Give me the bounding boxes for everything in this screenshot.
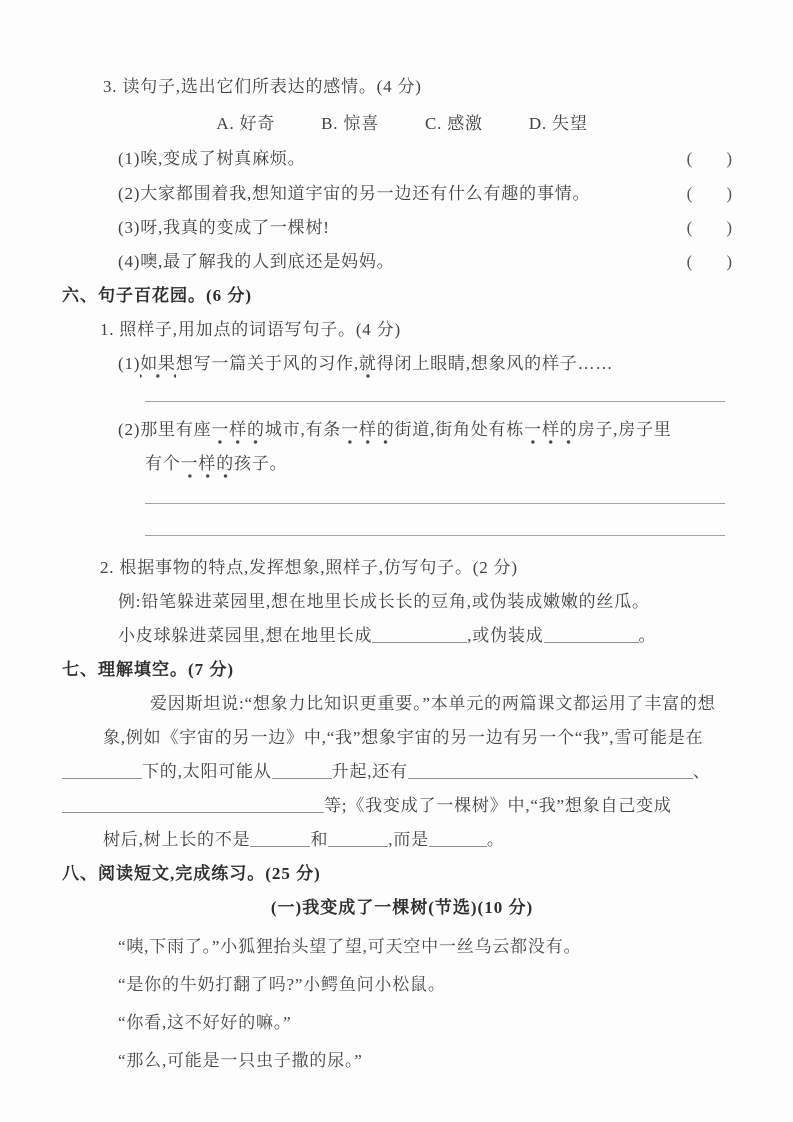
answer-brackets: ( ) <box>687 142 732 176</box>
text-segment: 等;《我变成了一棵树》中,“我”想象自己变成 <box>324 796 672 815</box>
text-segment: 小皮球躲进菜园里,想在地里长成 <box>118 626 372 645</box>
section-8-header: 八、阅读短文,完成练习。(25 分) <box>62 857 742 891</box>
section-6-q1-sentence-1: (1)如果想写一篇关于风的习作,就得闭上眼睛,想象风的样子…… <box>118 347 742 381</box>
text-segment: (2)那里有座 <box>118 420 211 439</box>
section-6-q1-sentence-2-line-2: 有个一样的孩子。 <box>145 447 742 481</box>
option-a: A. 好奇 <box>216 107 275 141</box>
text-segment: 、 <box>693 762 711 781</box>
text-segment: 房子,房子里 <box>578 420 672 439</box>
text-segment: 想写一篇关于风的习作, <box>176 354 359 373</box>
section-6-q2-example: 例:铅笔躲进菜园里,想在地里长成长长的豆角,或伪装成嫩嫩的丝瓜。 <box>118 585 742 619</box>
dotted-word: 一样的 <box>211 420 264 445</box>
passage-line-4: “那么,可能是一只虫子撒的尿。” <box>118 1042 742 1080</box>
section-7-paragraph-line-2: 象,例如《宇宙的另一边》中,“我”想象宇宙的另一边有另一个“我”,雪可能是在 <box>103 721 742 755</box>
question-3-item-3: (3)呀,我真的变成了一棵树! ( ) <box>62 211 742 245</box>
text-segment: 城市,有条 <box>265 420 341 439</box>
text-segment: 孩子。 <box>234 454 287 473</box>
text-segment: 升起,还有 <box>332 762 408 781</box>
option-b: B. 惊喜 <box>321 107 379 141</box>
dotted-word: 如果 <box>140 354 176 379</box>
fill-blank <box>544 626 639 643</box>
section-6-q2-title: 2. 根据事物的特点,发挥想象,照样子,仿写句子。(2 分) <box>100 551 742 585</box>
answer-line <box>145 481 725 504</box>
text-segment: ,而是 <box>388 830 429 849</box>
answer-brackets: ( ) <box>687 211 732 245</box>
section-6-q1-sentence-2-line-1: (2)那里有座一样的城市,有条一样的街道,街角处有栋一样的房子,房子里 <box>118 413 742 447</box>
dotted-word: 一样的 <box>341 420 394 445</box>
section-6-q1-title: 1. 照样子,用加点的词语写句子。(4 分) <box>100 313 742 347</box>
item-text: (4)噢,最了解我的人到底还是妈妈。 <box>118 245 394 279</box>
question-3-item-2: (2)大家都围着我,想知道宇宙的另一边还有什么有趣的事情。 ( ) <box>62 177 742 211</box>
answer-brackets: ( ) <box>687 177 732 211</box>
fill-blank <box>62 762 142 779</box>
passage-line-2: “是你的牛奶打翻了吗?”小鳄鱼问小松鼠。 <box>118 966 742 1004</box>
passage-line-1: “咦,下雨了。”小狐狸抬头望了望,可天空中一丝乌云都没有。 <box>118 928 742 966</box>
text-segment: 下的,太阳可能从 <box>142 762 272 781</box>
question-3-item-4: (4)噢,最了解我的人到底还是妈妈。 ( ) <box>62 245 742 279</box>
option-d: D. 失望 <box>529 107 588 141</box>
text-segment: 。 <box>487 830 505 849</box>
section-7-paragraph-line-1: 爱因斯坦说:“想象力比知识更重要。”本单元的两篇课文都运用了丰富的想 <box>150 687 742 721</box>
fill-blank <box>272 762 332 779</box>
item-text: (2)大家都围着我,想知道宇宙的另一边还有什么有趣的事情。 <box>118 177 590 211</box>
text-segment: 有个 <box>145 454 181 473</box>
text-segment: 和 <box>310 830 328 849</box>
section-6-q2-fill-line: 小皮球躲进菜园里,想在地里长成,或伪装成。 <box>118 619 742 653</box>
fill-blank <box>328 830 388 847</box>
text-segment: 得闭上眼睛,想象风的样子…… <box>377 354 613 373</box>
fill-blank <box>372 626 467 643</box>
item-text: (3)呀,我真的变成了一棵树! <box>118 211 330 245</box>
question-3-title: 3. 读句子,选出它们所表达的感情。(4 分) <box>103 70 742 104</box>
text-segment: (1) <box>118 354 140 373</box>
dotted-word: 一样的 <box>181 454 234 479</box>
answer-line <box>145 381 725 402</box>
passage-title: (一)我变成了一棵树(节选)(10 分) <box>62 891 742 925</box>
section-7-paragraph-line-3: 下的,太阳可能从升起,还有、 <box>62 755 742 789</box>
section-7-paragraph-line-5: 树后,树上长的不是和,而是。 <box>103 823 742 857</box>
section-6-header: 六、句子百花园。(6 分) <box>62 279 742 313</box>
answer-line <box>145 504 725 536</box>
dotted-word: 一样的 <box>524 420 577 445</box>
question-3-item-1: (1)唉,变成了树真麻烦。 ( ) <box>62 142 742 176</box>
worksheet-page: 3. 读句子,选出它们所表达的感情。(4 分) A. 好奇 B. 惊喜 C. 感… <box>0 0 793 1122</box>
question-3-options: A. 好奇 B. 惊喜 C. 感激 D. 失望 <box>62 107 742 141</box>
fill-blank <box>429 830 487 847</box>
text-segment: ,或伪装成 <box>467 626 543 645</box>
answer-brackets: ( ) <box>687 245 732 279</box>
fill-blank <box>250 830 310 847</box>
item-text: (1)唉,变成了树真麻烦。 <box>118 142 305 176</box>
text-segment: 。 <box>639 626 657 645</box>
passage-line-3: “你看,这不好好的嘛。” <box>118 1004 742 1042</box>
text-segment: 街道,街角处有栋 <box>395 420 525 439</box>
fill-blank <box>408 762 693 779</box>
section-7-paragraph-line-4: 等;《我变成了一棵树》中,“我”想象自己变成 <box>62 789 742 823</box>
section-7-header: 七、理解填空。(7 分) <box>62 653 742 687</box>
option-c: C. 感激 <box>425 107 483 141</box>
dotted-word: 就 <box>359 354 377 379</box>
fill-blank <box>62 796 324 813</box>
text-segment: 树后,树上长的不是 <box>103 830 250 849</box>
